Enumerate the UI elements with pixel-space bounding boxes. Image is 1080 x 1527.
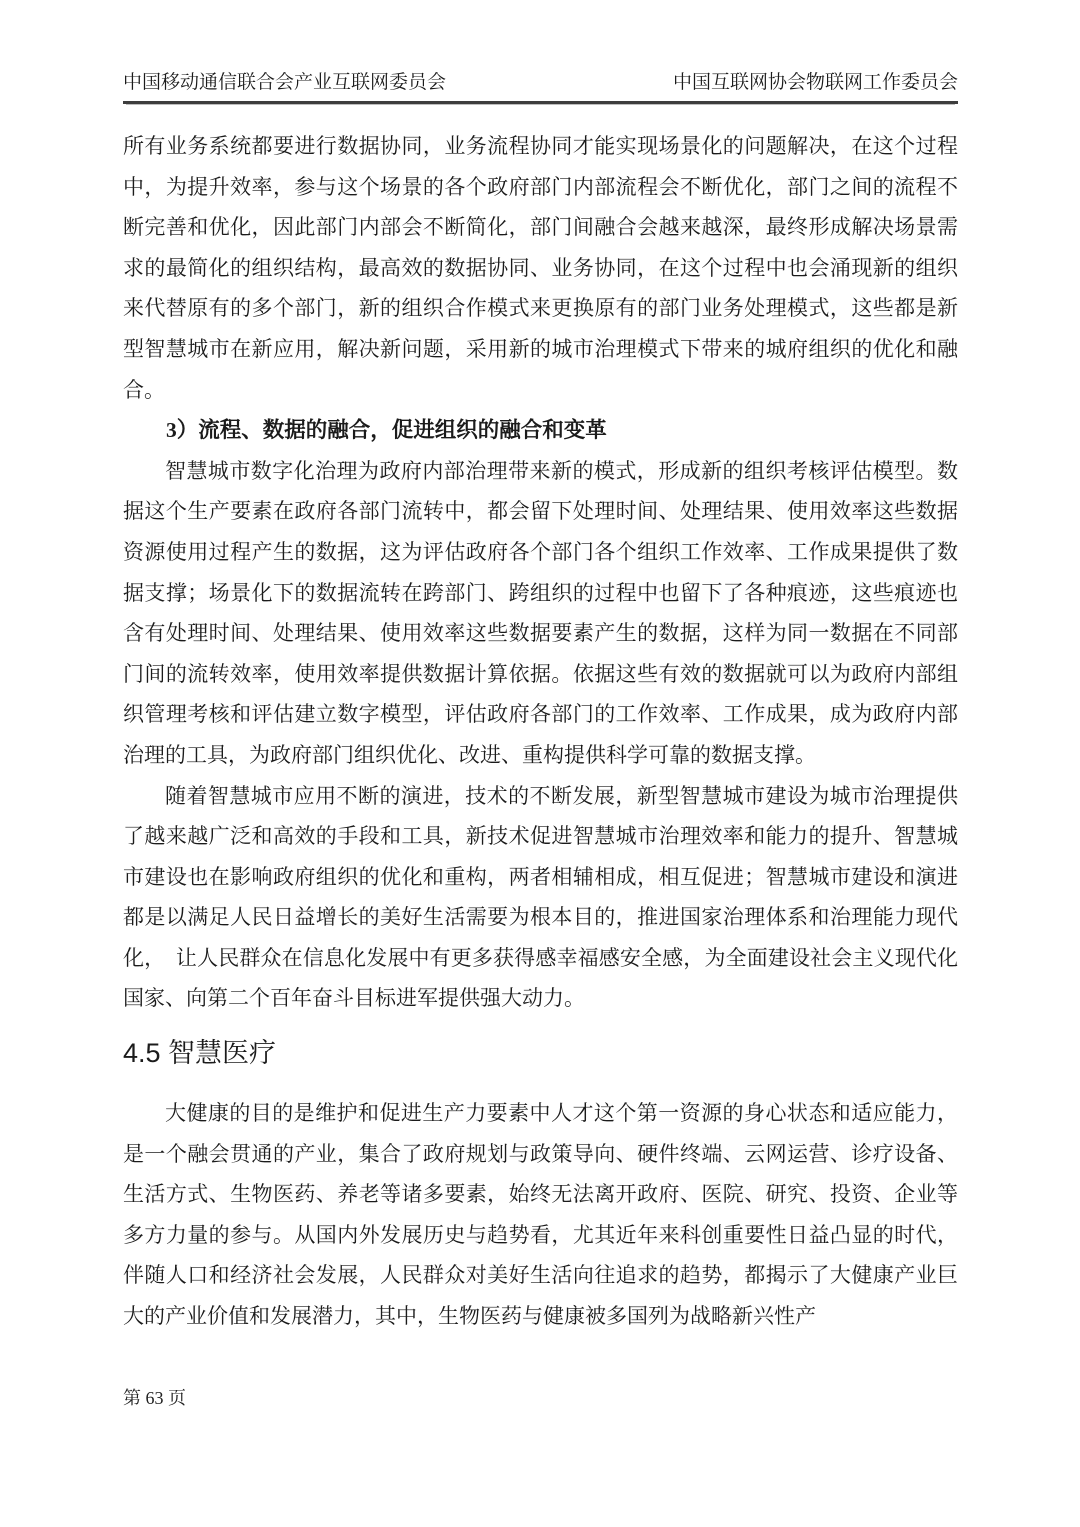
document-body: 所有业务系统都要进行数据协同，业务流程协同才能实现场景化的问题解决，在这个过程中… bbox=[123, 126, 958, 1337]
paragraph-data-governance: 智慧城市数字化治理为政府内部治理带来新的模式，形成新的组织考核评估模型。数据这个… bbox=[123, 451, 958, 776]
subsection-heading-3: 3）流程、数据的融合，促进组织的融合和变革 bbox=[123, 410, 958, 451]
paragraph-smart-city-evolution: 随着智慧城市应用不断的演进，技术的不断发展，新型智慧城市建设为城市治理提供了越来… bbox=[123, 776, 958, 1020]
page-number-label: 第 63 页 bbox=[123, 1388, 186, 1408]
page-footer: 第 63 页 bbox=[123, 1386, 186, 1410]
header-left-organization: 中国移动通信联合会产业互联网委员会 bbox=[123, 70, 446, 96]
paragraph-smart-healthcare: 大健康的目的是维护和促进生产力要素中人才这个第一资源的身心状态和适应能力，是一个… bbox=[123, 1093, 958, 1337]
document-page: 中国移动通信联合会产业互联网委员会 中国互联网协会物联网工作委员会 所有业务系统… bbox=[0, 0, 1080, 1527]
section-heading-4-5: 4.5 智慧医疗 bbox=[123, 1035, 958, 1071]
paragraph-continuation: 所有业务系统都要进行数据协同，业务流程协同才能实现场景化的问题解决，在这个过程中… bbox=[123, 126, 958, 410]
header-right-organization: 中国互联网协会物联网工作委员会 bbox=[673, 70, 958, 96]
page-header: 中国移动通信联合会产业互联网委员会 中国互联网协会物联网工作委员会 bbox=[123, 70, 958, 104]
